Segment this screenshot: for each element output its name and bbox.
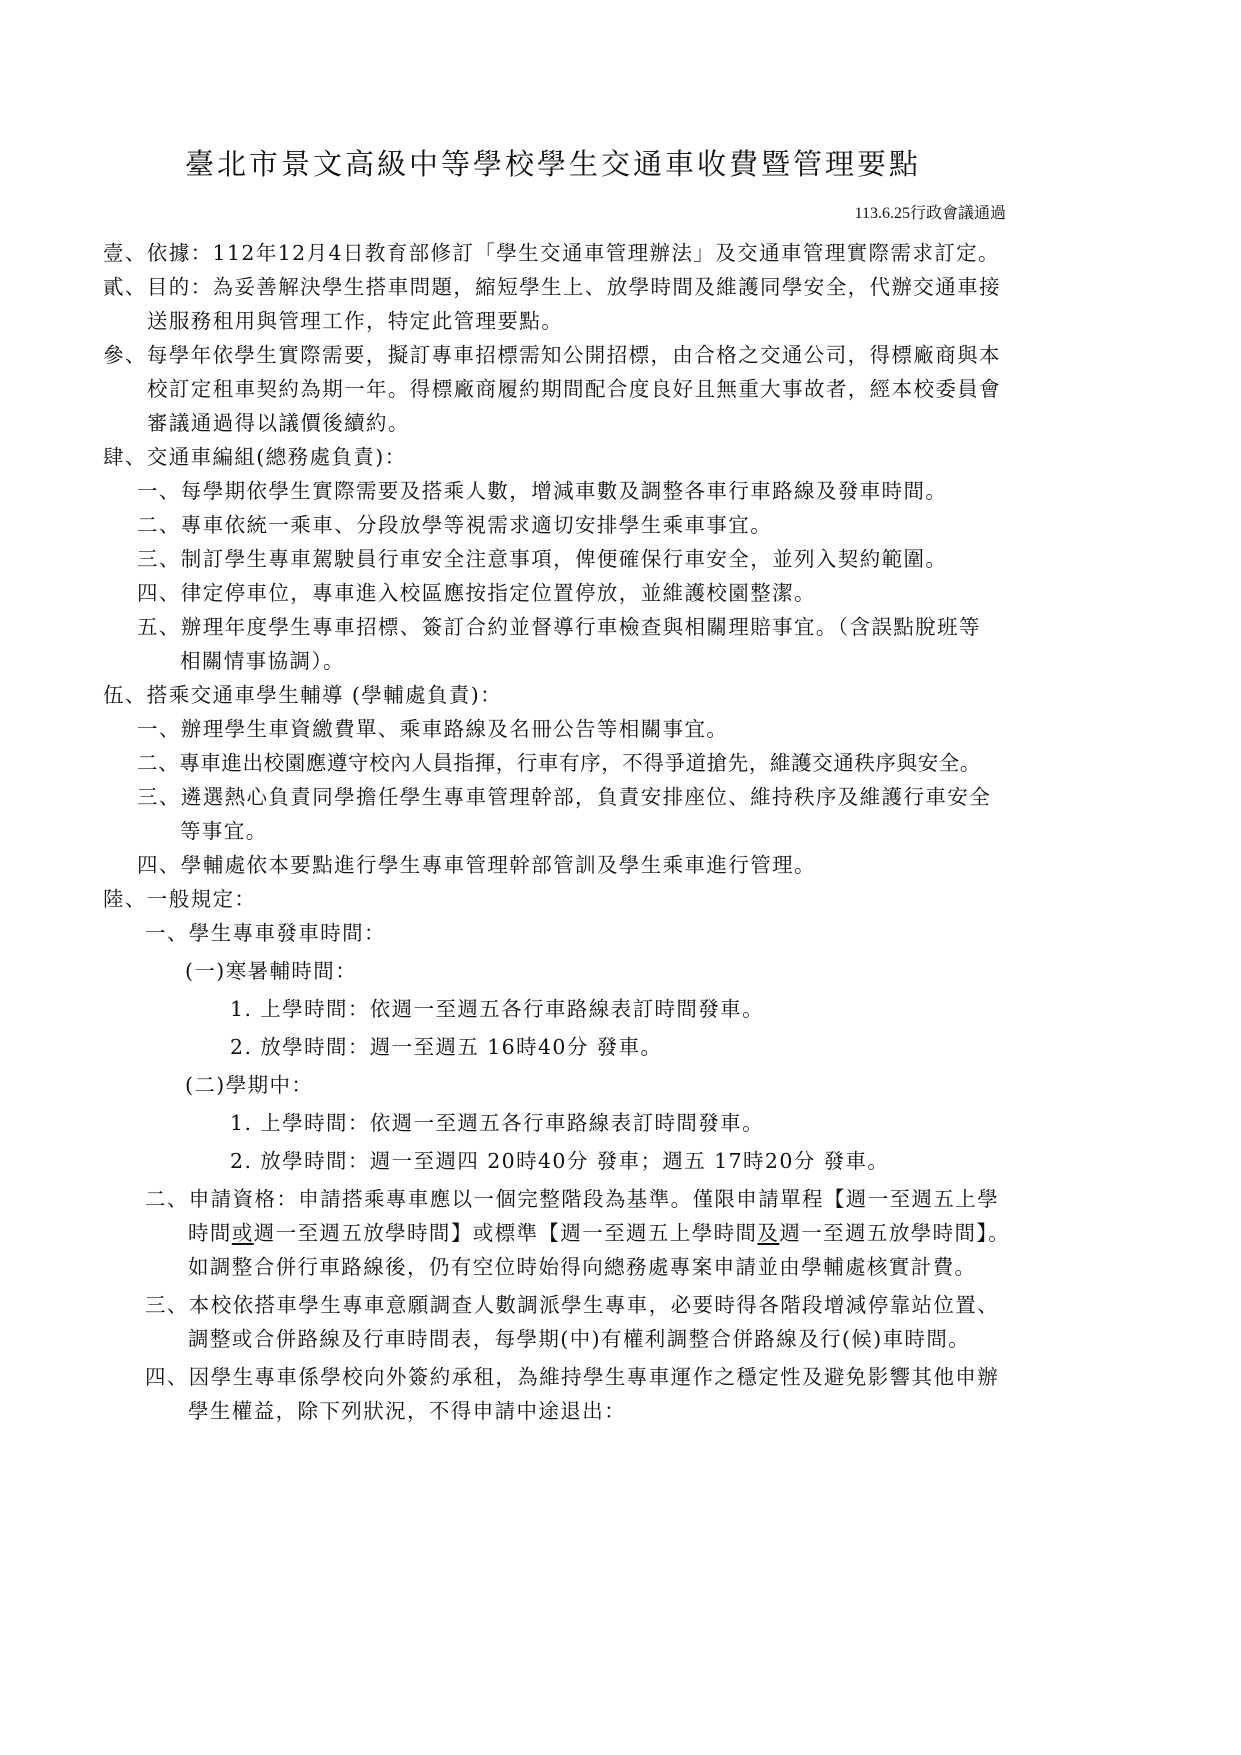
section-6-heading: 陸、一般規定： — [103, 884, 256, 914]
section-6-item-1-sub-1-afternoon: 2. 放學時間：週一至週五 16時40分 發車。 — [230, 1032, 662, 1062]
section-2-purpose: 貳、目的：為妥善解決學生搭車問題，縮短學生上、放學時間及維護同學安全，代辦交通車… — [103, 272, 1001, 302]
section-5-heading: 伍、搭乘交通車學生輔導 (學輔處負責)： — [103, 680, 502, 710]
section-5-item-2: 二、專車進出校園應遵守校內人員指揮，行車有序，不得爭道搶先，維護交通秩序與安全。 — [137, 748, 981, 778]
section-6-item-1-sub-2: (二)學期中： — [185, 1070, 313, 1100]
section-3-contract: 參、每學年依學生實際需要，擬訂專車招標需知公開招標，由合格之交通公司，得標廠商與… — [103, 340, 1001, 370]
section-4-item-5-cont: 相關情事協調）。 — [180, 646, 345, 676]
underlined-and: 及 — [757, 1221, 779, 1245]
text-segment: 時間 — [188, 1221, 232, 1245]
section-6-item-1-sub-1-morning: 1. 上學時間：依週一至週五各行車路線表訂時間發車。 — [230, 994, 764, 1024]
section-5-item-3: 三、遴選熱心負責同學擔任學生專車管理幹部，負責安排座位、維持秩序及維護行車安全 — [137, 782, 991, 812]
section-6-item-3-cont: 調整或合併路線及行車時間表，每學期(中)有權利調整合併路線及行(候)車時間。 — [188, 1324, 970, 1354]
section-6-item-3: 三、本校依搭車學生專車意願調查人數調派學生專車，必要時得各階段增減停靠站位置、 — [145, 1290, 999, 1320]
section-4-item-2: 二、專車依統一乘車、分段放學等視需求適切安排學生乘車事宜。 — [137, 510, 772, 540]
section-6-item-1-sub-1: (一)寒暑輔時間： — [185, 956, 357, 986]
section-5-item-1: 一、辦理學生車資繳費單、乘車路線及名冊公告等相關事宜。 — [137, 714, 728, 744]
text-segment: 週一至週五放學時間】或標準【週一至週五上學時間 — [254, 1221, 758, 1245]
document-title: 臺北市景文高級中等學校學生交通車收費暨管理要點 — [0, 146, 1106, 182]
section-5-item-4: 四、學輔處依本要點進行學生專車管理幹部管訓及學生乘車進行管理。 — [137, 850, 816, 880]
section-3-contract-cont2: 審議通過得以議價後續約。 — [147, 408, 410, 438]
section-6-item-1-sub-2-afternoon: 2. 放學時間：週一至週四 20時40分 發車；週五 17時20分 發車。 — [230, 1146, 889, 1176]
section-4-item-5: 五、辦理年度學生專車招標、簽訂合約並督導行車檢查與相關理賠事宜。（含誤點脫班等 — [137, 612, 981, 642]
section-6-item-4: 四、因學生專車係學校向外簽約承租，為維持學生專車運作之穩定性及避免影響其他申辦 — [145, 1362, 999, 1392]
section-6-item-1-sub-2-morning: 1. 上學時間：依週一至週五各行車路線表訂時間發車。 — [230, 1108, 764, 1138]
section-6-item-1: 一、學生專車發車時間： — [145, 918, 386, 948]
section-4-heading: 肆、交通車編組(總務處負責)： — [103, 442, 407, 472]
section-6-item-2-cont1: 時間或週一至週五放學時間】或標準【週一至週五上學時間及週一至週五放學時間】。 — [188, 1218, 1010, 1248]
section-4-item-3: 三、制訂學生專車駕駛員行車安全注意事項，俾便確保行車安全，並列入契約範圍。 — [137, 544, 947, 574]
document-page: 臺北市景文高級中等學校學生交通車收費暨管理要點 113.6.25行政會議通過 壹… — [0, 0, 1241, 1755]
text-segment: 週一至週五放學時間】。 — [779, 1221, 1010, 1245]
section-6-item-4-cont: 學生權益，除下列狀況，不得申請中途退出： — [188, 1396, 626, 1426]
section-1-basis: 壹、依據：112年12月4日教育部修訂「學生交通車管理辦法」及交通車管理實際需求… — [103, 238, 1000, 268]
section-3-contract-cont1: 校訂定租車契約為期一年。得標廠商履約期間配合度良好且無重大事故者，經本校委員會 — [147, 374, 1001, 404]
section-5-item-3-cont: 等事宜。 — [180, 816, 268, 846]
section-6-item-2: 二、申請資格：申請搭乘專車應以一個完整階段為基準。僅限申請單程【週一至週五上學 — [145, 1184, 999, 1214]
section-2-purpose-cont: 送服務租用與管理工作，特定此管理要點。 — [147, 306, 563, 336]
approval-note: 113.6.25行政會議通過 — [855, 203, 1006, 225]
section-6-item-2-cont2: 如調整合併行車路線後，仍有空位時始得向總務處專案申請並由學輔處核實計費。 — [188, 1252, 976, 1282]
section-4-item-1: 一、每學期依學生實際需要及搭乘人數，增減車數及調整各車行車路線及發車時間。 — [137, 476, 947, 506]
section-4-item-4: 四、律定停車位，專車進入校區應按指定位置停放，並維護校園整潔。 — [137, 578, 816, 608]
underlined-or: 或 — [232, 1221, 254, 1245]
